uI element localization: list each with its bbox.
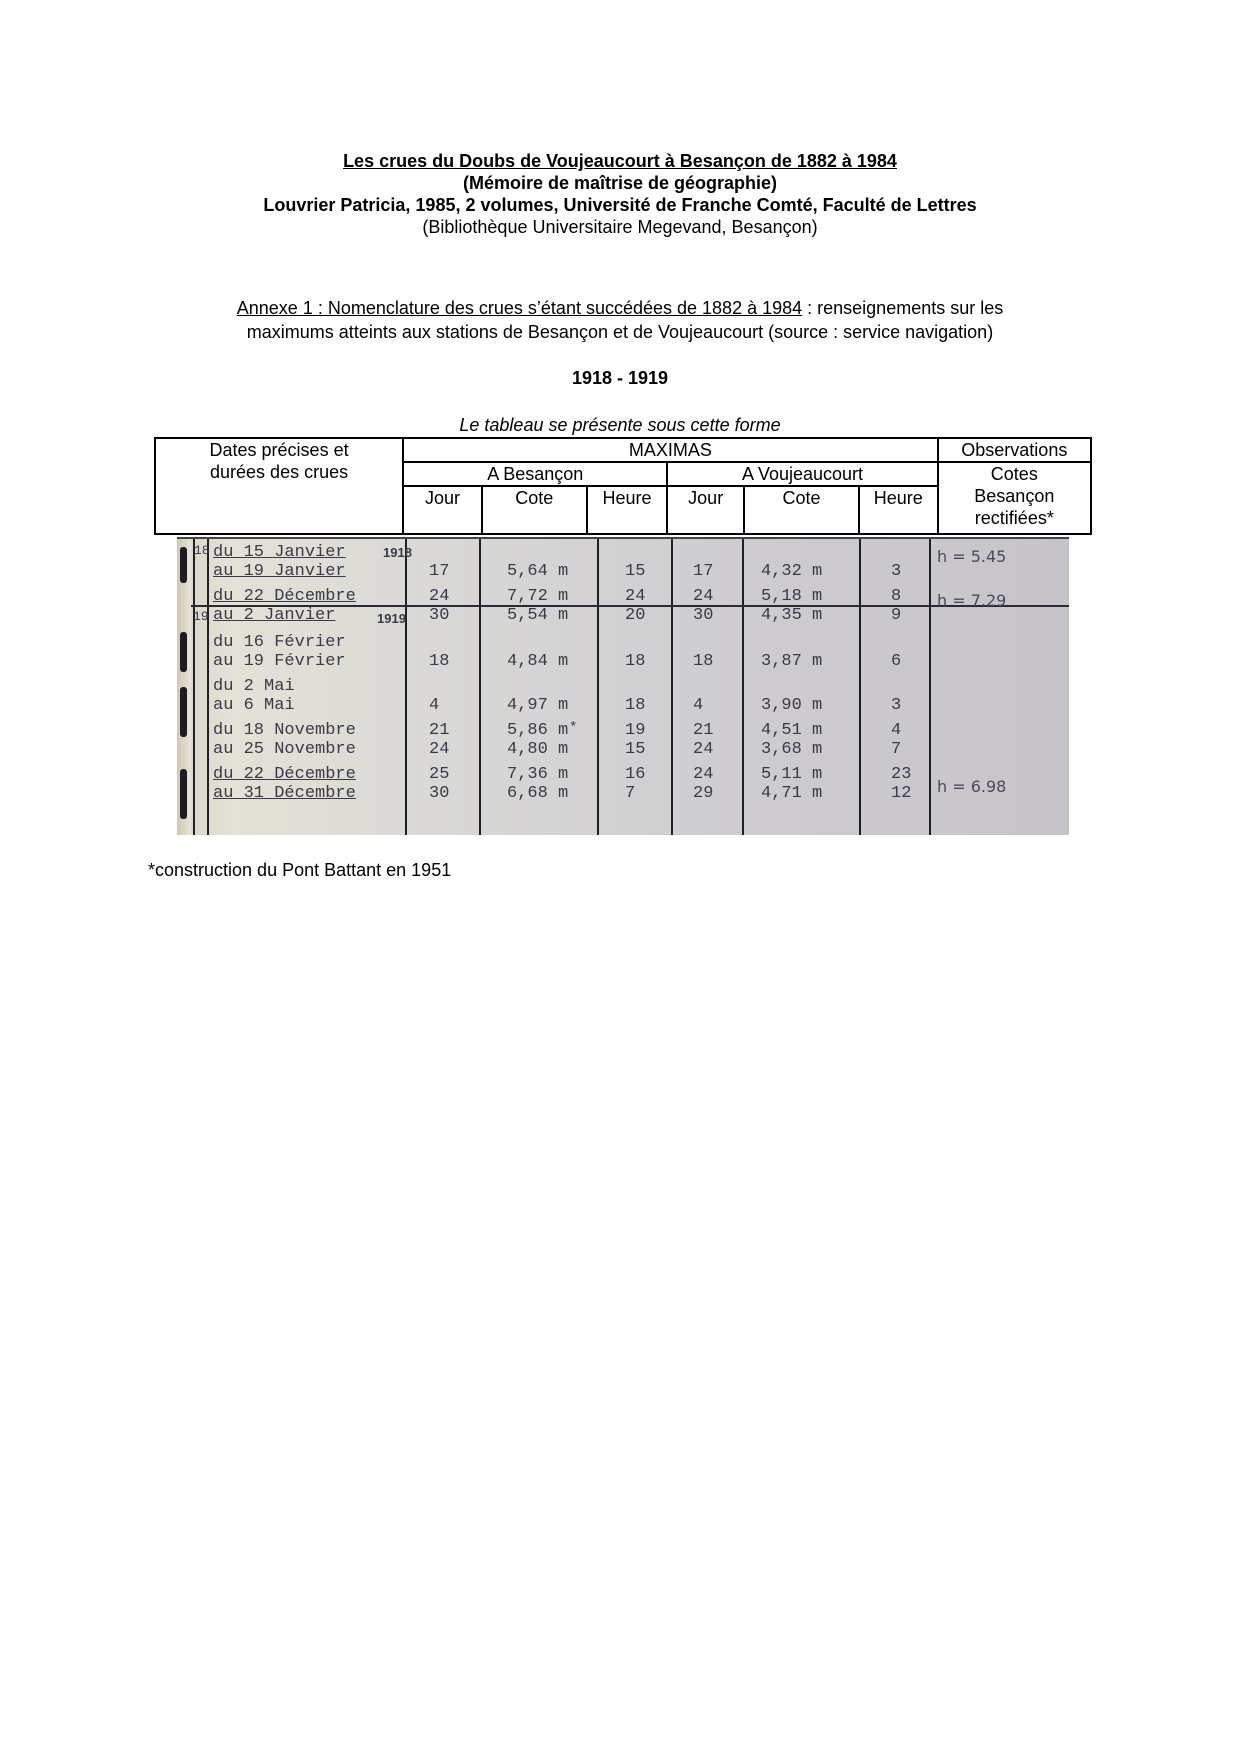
cell-b-jour: 30 bbox=[429, 606, 449, 625]
cell-b-jour: 24 bbox=[429, 740, 449, 759]
cell-v-heure: 7 bbox=[891, 740, 901, 759]
cell-b-cote: 7,72 m bbox=[507, 587, 568, 606]
header-dates: Dates précises etdurées des crues bbox=[155, 438, 403, 534]
cell-b-heure: 19 bbox=[625, 721, 645, 740]
cell-b-jour: 21 bbox=[429, 721, 449, 740]
cell-b-cote: 5,64 m bbox=[507, 562, 568, 581]
cell-b-jour: 17 bbox=[429, 562, 449, 581]
flood-dates: au 19 Février bbox=[213, 652, 346, 671]
observation-value: h = 5.45 bbox=[937, 547, 1006, 566]
cell-v-cote: 4,51 m bbox=[761, 721, 822, 740]
cell-v-jour: 30 bbox=[693, 606, 713, 625]
punch-hole bbox=[180, 547, 187, 583]
scanned-table-photo: 18 19 1918 1919 du 15 Janvierau 19 Janvi… bbox=[177, 537, 1069, 835]
cell-v-cote: 4,35 m bbox=[761, 606, 822, 625]
header-besancon: A Besançon bbox=[403, 462, 667, 486]
cell-v-cote: 5,18 m bbox=[761, 587, 822, 606]
cell-b-jour: 30 bbox=[429, 784, 449, 803]
table-caption: Le tableau se présente sous cette forme bbox=[0, 415, 1240, 436]
cell-v-heure: 8 bbox=[891, 587, 901, 606]
footnote: *construction du Pont Battant en 1951 bbox=[148, 860, 451, 881]
header-cotes-rectifiees: CotesBesançonrectifiées* bbox=[938, 462, 1091, 534]
cell-b-heure: 15 bbox=[625, 740, 645, 759]
flood-dates: au 31 Décembre bbox=[213, 784, 356, 803]
observation-value: h = 6.98 bbox=[937, 777, 1006, 796]
cell-v-jour: 24 bbox=[693, 587, 713, 606]
cell-v-jour: 24 bbox=[693, 740, 713, 759]
cell-b-cote: 4,84 m bbox=[507, 652, 568, 671]
header-b-jour: Jour bbox=[403, 486, 482, 534]
header-b-heure: Heure bbox=[587, 486, 668, 534]
cell-v-jour: 17 bbox=[693, 562, 713, 581]
annex-text-2: maximums atteints aux stations de Besanç… bbox=[0, 320, 1240, 344]
year-annotation: 1919 bbox=[377, 609, 406, 628]
table-header: Dates précises etdurées des crues MAXIMA… bbox=[154, 437, 1092, 535]
flood-dates: au 19 Janvier bbox=[213, 562, 346, 581]
observation-value: h = 7.29 bbox=[937, 591, 1006, 610]
cell-b-heure: 18 bbox=[625, 652, 645, 671]
cell-v-heure: 23 bbox=[891, 765, 911, 784]
cell-v-jour: 4 bbox=[693, 696, 703, 715]
cell-v-heure: 12 bbox=[891, 784, 911, 803]
year-mark: 19 bbox=[193, 607, 209, 626]
cell-b-heure: 24 bbox=[625, 587, 645, 606]
cell-b-heure: 7 bbox=[625, 784, 635, 803]
year-mark: 18 bbox=[194, 541, 210, 560]
asterisk-mark: * bbox=[569, 719, 577, 738]
cell-v-heure: 3 bbox=[891, 562, 901, 581]
annex-text-1: : renseignements sur les bbox=[802, 298, 1003, 318]
cell-v-jour: 24 bbox=[693, 765, 713, 784]
cell-b-jour: 25 bbox=[429, 765, 449, 784]
cell-v-cote: 3,68 m bbox=[761, 740, 822, 759]
cell-b-heure: 18 bbox=[625, 696, 645, 715]
flood-dates: au 2 Janvier bbox=[213, 606, 335, 625]
cell-v-cote: 5,11 m bbox=[761, 765, 822, 784]
cell-v-heure: 3 bbox=[891, 696, 901, 715]
cell-v-cote: 4,71 m bbox=[761, 784, 822, 803]
cell-b-jour: 4 bbox=[429, 696, 439, 715]
annex-description: Annexe 1 : Nomenclature des crues s’étan… bbox=[0, 296, 1240, 344]
cell-v-heure: 4 bbox=[891, 721, 901, 740]
punch-hole bbox=[180, 769, 187, 819]
punch-hole bbox=[180, 687, 187, 737]
cell-b-jour: 24 bbox=[429, 587, 449, 606]
header-voujeaucourt: A Voujeaucourt bbox=[667, 462, 937, 486]
cell-b-cote: 6,68 m bbox=[507, 784, 568, 803]
flood-dates: du 22 Décembre bbox=[213, 587, 356, 606]
cell-b-cote: 5,54 m bbox=[507, 606, 568, 625]
header-v-jour: Jour bbox=[667, 486, 744, 534]
cell-v-jour: 18 bbox=[693, 652, 713, 671]
header-v-heure: Heure bbox=[859, 486, 938, 534]
cell-b-jour: 18 bbox=[429, 652, 449, 671]
flood-dates: du 16 Février bbox=[213, 633, 346, 652]
cell-v-cote: 4,32 m bbox=[761, 562, 822, 581]
cell-b-heure: 20 bbox=[625, 606, 645, 625]
library-line: (Bibliothèque Universitaire Megevand, Be… bbox=[0, 216, 1240, 238]
header-maximas: MAXIMAS bbox=[403, 438, 938, 462]
cell-b-cote: 4,80 m bbox=[507, 740, 568, 759]
flood-dates: du 18 Novembre bbox=[213, 721, 356, 740]
document-title: Les crues du Doubs de Voujeaucourt à Bes… bbox=[0, 150, 1240, 172]
flood-dates: du 15 Janvier bbox=[213, 543, 346, 562]
flood-dates: du 2 Mai bbox=[213, 677, 295, 696]
header-b-cote: Cote bbox=[482, 486, 587, 534]
flood-dates: au 25 Novembre bbox=[213, 740, 356, 759]
header-v-cote: Cote bbox=[744, 486, 859, 534]
flood-dates: du 22 Décembre bbox=[213, 765, 356, 784]
author-line: Louvrier Patricia, 1985, 2 volumes, Univ… bbox=[0, 194, 1240, 216]
header-observations: Observations bbox=[938, 438, 1091, 462]
period-heading: 1918 - 1919 bbox=[0, 368, 1240, 389]
cell-b-heure: 16 bbox=[625, 765, 645, 784]
cell-b-cote: 5,86 m bbox=[507, 721, 568, 740]
cell-b-heure: 15 bbox=[625, 562, 645, 581]
cell-v-cote: 3,90 m bbox=[761, 696, 822, 715]
cell-v-heure: 9 bbox=[891, 606, 901, 625]
year-annotation: 1918 bbox=[383, 543, 412, 562]
cell-v-cote: 3,87 m bbox=[761, 652, 822, 671]
document-subtitle: (Mémoire de maîtrise de géographie) bbox=[0, 172, 1240, 194]
punch-hole bbox=[180, 632, 187, 672]
cell-b-cote: 7,36 m bbox=[507, 765, 568, 784]
flood-dates: au 6 Mai bbox=[213, 696, 295, 715]
document-heading: Les crues du Doubs de Voujeaucourt à Bes… bbox=[0, 150, 1240, 238]
cell-v-jour: 29 bbox=[693, 784, 713, 803]
cell-v-jour: 21 bbox=[693, 721, 713, 740]
annex-title: Annexe 1 : Nomenclature des crues s’étan… bbox=[237, 298, 802, 318]
cell-b-cote: 4,97 m bbox=[507, 696, 568, 715]
cell-v-heure: 6 bbox=[891, 652, 901, 671]
